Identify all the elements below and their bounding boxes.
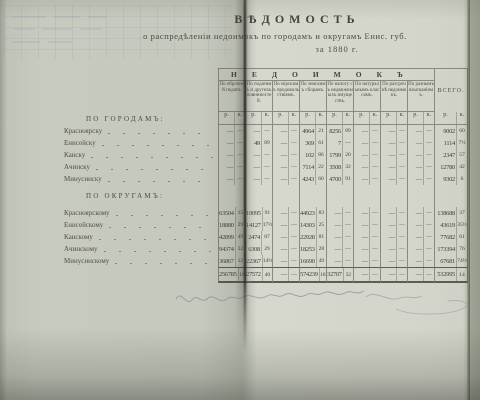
table-cell: ——: [407, 255, 434, 267]
ruble-value: —: [246, 164, 261, 171]
ruble-value: 12780: [435, 164, 456, 171]
table-cell: ——: [353, 161, 380, 173]
kopeck-value: 89: [342, 125, 353, 137]
kopeck-value: 16: [238, 268, 245, 281]
kopeck-value: 40: [262, 268, 272, 281]
units-cell: р.к.: [407, 112, 434, 125]
ruble-value: 18253: [300, 246, 316, 253]
kopeck-value: 49: [316, 255, 326, 267]
ruble-value: —: [354, 210, 369, 217]
ruble-value: —: [381, 164, 396, 171]
ruble-value: —: [273, 234, 288, 241]
ruble-value: 9302: [435, 176, 456, 183]
grand-total-cell: 25678516: [218, 267, 245, 283]
kopeck-value: —: [288, 255, 299, 267]
table-cell: ——: [218, 161, 245, 173]
grand-total-cell: 3270732: [326, 267, 353, 283]
kopeck-value: —: [396, 161, 407, 173]
kopeck-value: —: [396, 268, 407, 281]
total-cell: 6768174½: [434, 255, 468, 267]
kopeck-value: 61: [456, 231, 467, 243]
ruble-value: —: [408, 246, 423, 253]
ruble-value: —: [327, 258, 342, 265]
kopeck-value: 76: [456, 243, 467, 255]
total-cell: 17339476: [434, 243, 468, 255]
ruble-value: —: [381, 246, 396, 253]
table-cell: ——: [407, 219, 434, 231]
ruble-value: —: [246, 152, 261, 159]
table-cell: ——: [245, 125, 272, 137]
ruble-value: —: [408, 234, 423, 241]
kopeck-value: —: [288, 219, 299, 231]
ruble-value: —: [381, 271, 396, 278]
table-cell: ——: [272, 255, 299, 267]
empty-cell: [326, 185, 353, 207]
dot-leader: [99, 239, 213, 240]
kopeck-value: —: [423, 149, 434, 161]
kopeck-value: 18: [319, 268, 326, 281]
ruble-value: —: [327, 222, 342, 229]
table-cell: 1412717½: [245, 219, 272, 231]
empty-cell: [299, 185, 326, 207]
ruble-value: 2347: [435, 152, 456, 159]
kopeck-value: 15: [235, 207, 245, 219]
ruble-value: —: [354, 234, 369, 241]
row-label-text: Ачинскому: [64, 245, 98, 253]
row-label-text: Минусинскому: [64, 257, 109, 265]
kopeck-value: 57: [456, 149, 467, 161]
table-cell: ——: [245, 149, 272, 161]
kopeck-value: —: [369, 137, 380, 149]
kopeck-value: —: [261, 149, 272, 161]
scanned-document-page: ВѢДОМОСТЬ о распредѣленіи недоимокъ по г…: [0, 0, 480, 400]
empty-cell: [353, 185, 380, 207]
ruble-value: 532995: [435, 271, 456, 278]
kopeck-value: —: [369, 125, 380, 137]
kopeck-value: —: [234, 161, 245, 173]
kopeck-value: 29: [261, 243, 272, 255]
table-cell: ——: [326, 219, 353, 231]
kopeck-value: —: [396, 231, 407, 243]
table-cell: ——: [353, 173, 380, 185]
ruble-value: 67681: [435, 258, 456, 265]
kopeck-value: —: [423, 173, 434, 185]
kopeck-value: —: [234, 137, 245, 149]
kopeck-value: —: [288, 161, 299, 173]
kopeck-value: 6: [456, 173, 467, 185]
table-row-label: Минусинску: [60, 173, 218, 185]
kopeck-value: 49: [235, 231, 245, 243]
kopeck-value: —: [342, 231, 353, 243]
kopeck-value: —: [396, 255, 407, 267]
table-cell: 4989: [245, 137, 272, 149]
kopeck-value: —: [261, 125, 272, 137]
table-row-label: Енисейску: [60, 137, 218, 149]
kopeck-value: —: [396, 137, 407, 149]
grand-total-cell: ——: [353, 267, 380, 283]
table-cell: 1430325: [299, 219, 326, 231]
kopeck-value: —: [396, 243, 407, 255]
ruble-unit: р.: [300, 112, 315, 124]
ruble-value: —: [219, 152, 234, 159]
units-cell: р.к.: [299, 112, 326, 125]
table-cell: ——: [326, 243, 353, 255]
kopeck-value: —: [396, 125, 407, 137]
grand-total-cell: ——: [407, 267, 434, 283]
units-cell: р.к.: [380, 112, 407, 125]
table-cell: 2236714½: [245, 255, 272, 267]
kopeck-value: 29: [235, 219, 245, 231]
ruble-unit: р.: [408, 112, 423, 124]
table-cell: 1009591: [245, 207, 272, 219]
kopeck-value: —: [396, 219, 407, 231]
units-cell: р.к.: [218, 112, 245, 125]
table-cell: 825689: [326, 125, 353, 137]
arrears-table: НЕДОИМОКЪВСЕГО.По оброчной подати.По под…: [60, 68, 468, 283]
ruble-value: 1114: [435, 140, 456, 147]
table-cell: 1825328: [299, 243, 326, 255]
kopeck-value: —: [288, 231, 299, 243]
total-cell: 900260: [434, 125, 468, 137]
ruble-value: 102: [300, 152, 315, 159]
table-cell: ——: [407, 125, 434, 137]
title-block: ВѢДОМОСТЬ о распредѣленіи недоимокъ по г…: [130, 12, 420, 54]
ruble-value: —: [219, 164, 234, 171]
column-header: По оброчной подати.: [218, 81, 245, 112]
table-cell: ——: [353, 255, 380, 267]
dot-leader: [102, 145, 213, 146]
row-label-text: Канску: [64, 151, 85, 159]
kopeck-value: —: [288, 125, 299, 137]
ruble-value: 574239: [300, 271, 319, 278]
totals-row-label: [60, 267, 218, 283]
table-cell: ——: [407, 173, 434, 185]
table-cell: ——: [326, 207, 353, 219]
ruble-value: 369: [300, 140, 315, 147]
ruble-value: 14127: [246, 222, 262, 229]
ruble-value: 49: [246, 140, 261, 147]
kopeck-value: 7½: [456, 137, 467, 149]
dot-leader: [115, 263, 213, 264]
column-header: По мірскимъ продовольствіямъ.: [272, 81, 299, 112]
ruble-value: —: [381, 140, 396, 147]
ruble-value: 43619: [435, 222, 456, 229]
dot-leader: [116, 215, 213, 216]
kopeck-value: —: [369, 207, 380, 219]
kopeck-unit: к.: [369, 112, 380, 124]
kopeck-value: 89: [261, 137, 272, 149]
ruble-value: —: [408, 258, 423, 265]
row-label-text: Ачинску: [64, 163, 90, 171]
table-cell: 711422: [299, 161, 326, 173]
total-cell: 1278042: [434, 161, 468, 173]
table-cell: ——: [272, 161, 299, 173]
kopeck-value: 83: [316, 207, 326, 219]
table-row-label: Ачинску: [60, 161, 218, 173]
total-cell: 93026: [434, 173, 468, 185]
column-header: По налогу съ недвижимыхъ имуществъ.: [326, 81, 353, 112]
kopeck-unit: к.: [315, 112, 326, 124]
table-cell: ——: [353, 219, 380, 231]
ruble-value: 27572: [246, 271, 262, 278]
row-label-text: Минусинску: [64, 175, 102, 183]
ruble-value: 10095: [246, 210, 262, 217]
kopeck-value: —: [261, 173, 272, 185]
table-cell: ——: [353, 149, 380, 161]
dot-leader: [109, 227, 213, 228]
kopeck-value: —: [288, 268, 299, 281]
kopeck-value: —: [396, 173, 407, 185]
ruble-value: —: [354, 164, 369, 171]
ruble-value: 22367: [246, 258, 262, 265]
ruble-value: 7: [327, 140, 342, 147]
units-cell: р.к.: [434, 112, 468, 125]
kopeck-value: —: [342, 243, 353, 255]
table-cell: ——: [407, 207, 434, 219]
ruble-value: 6308: [246, 246, 261, 253]
ruble-value: 7114: [300, 164, 315, 171]
table-cell: ——: [272, 243, 299, 255]
ruble-unit: р.: [354, 112, 369, 124]
table-cell: ——: [326, 255, 353, 267]
kopeck-value: —: [369, 255, 380, 267]
ruble-value: —: [273, 246, 288, 253]
ruble-value: —: [273, 271, 288, 278]
table-cell: 496421: [299, 125, 326, 137]
section-heading-cities: ПО ГОРОДАМЪ:: [60, 112, 218, 125]
ruble-value: —: [354, 152, 369, 159]
table-row-label: Красноярску: [60, 125, 218, 137]
table-cell: ——: [380, 149, 407, 161]
ruble-value: —: [354, 176, 369, 183]
table-row-label: Красноярскому: [60, 207, 218, 219]
total-cell: 13868837: [434, 207, 468, 219]
ruble-unit: р.: [435, 112, 456, 124]
empty-cell: [407, 185, 434, 207]
ruble-value: 94374: [219, 246, 235, 253]
kopeck-value: 42: [456, 161, 467, 173]
dot-leader: [108, 133, 213, 134]
table-cell: 350832: [326, 161, 353, 173]
kopeck-value: —: [396, 207, 407, 219]
kopeck-value: 17½: [262, 219, 273, 231]
kopeck-value: 28: [316, 243, 326, 255]
ruble-value: 14303: [300, 222, 316, 229]
kopeck-value: 22: [315, 161, 326, 173]
kopeck-value: 25: [316, 219, 326, 231]
kopeck-value: 91: [342, 173, 353, 185]
kopeck-value: 35½: [456, 219, 467, 231]
kopeck-value: 32: [342, 161, 353, 173]
ruble-value: —: [354, 140, 369, 147]
table-cell: ——: [326, 231, 353, 243]
units-cell: р.к.: [245, 112, 272, 125]
kopeck-value: —: [369, 243, 380, 255]
table-cell: ——: [380, 137, 407, 149]
dot-leader: [108, 181, 213, 182]
table-cell: ——: [407, 137, 434, 149]
ruble-value: —: [219, 176, 234, 183]
grand-total-cell: ——: [272, 267, 299, 283]
kopeck-value: 32: [343, 268, 353, 281]
column-header: По земскимъ сборамъ.: [299, 81, 326, 112]
ruble-value: —: [273, 210, 288, 217]
ruble-value: 4243: [300, 176, 315, 183]
document-subtitle: о распредѣленіи недоимокъ по городамъ и …: [130, 31, 420, 41]
ruble-value: —: [381, 210, 396, 217]
kopeck-unit: к.: [288, 112, 299, 124]
ruble-value: —: [327, 210, 342, 217]
kopeck-value: —: [342, 255, 353, 267]
empty-cell: [380, 185, 407, 207]
ruble-value: —: [408, 140, 423, 147]
table-cell: ——: [218, 149, 245, 161]
ruble-value: 138688: [435, 210, 456, 217]
ruble-value: —: [381, 222, 396, 229]
kopeck-value: —: [261, 161, 272, 173]
table-cell: ——: [353, 231, 380, 243]
table-cell: 179920: [326, 149, 353, 161]
ruble-value: —: [219, 128, 234, 135]
kopeck-value: 14½: [262, 255, 273, 267]
ruble-unit: р.: [381, 112, 396, 124]
table-row-label: Канску: [60, 149, 218, 161]
ruble-value: 32707: [327, 271, 343, 278]
dot-leader: [91, 157, 213, 158]
ruble-value: 3508: [327, 164, 342, 171]
kopeck-value: —: [423, 231, 434, 243]
table-cell: ——: [218, 173, 245, 185]
row-label-text: Енисейскому: [64, 221, 103, 229]
table-cell: 6350415: [218, 207, 245, 219]
table-cell: ——: [353, 137, 380, 149]
table-cell: ——: [353, 243, 380, 255]
table-cell: ——: [272, 173, 299, 185]
table-cell: 247487: [245, 231, 272, 243]
table-cell: ——: [218, 125, 245, 137]
kopeck-value: 14: [456, 268, 467, 281]
kopeck-value: —: [423, 125, 434, 137]
kopeck-value: —: [288, 243, 299, 255]
table-cell: ——: [353, 125, 380, 137]
grand-total-cell: 57423918: [299, 267, 326, 283]
ruble-value: —: [381, 128, 396, 135]
kopeck-unit: к.: [423, 112, 434, 124]
ruble-value: —: [381, 234, 396, 241]
document-title: ВѢДОМОСТЬ: [130, 12, 420, 27]
table-cell: ——: [380, 207, 407, 219]
table-row-label: Канскому: [60, 231, 218, 243]
table-cell: 1669049: [299, 255, 326, 267]
total-cell: 7768261: [434, 231, 468, 243]
kopeck-value: 91: [262, 207, 272, 219]
units-cell: р.к.: [353, 112, 380, 125]
ruble-value: —: [273, 164, 288, 171]
table-cell: ——: [245, 173, 272, 185]
row-label-text: Канскому: [64, 233, 93, 241]
kopeck-value: —: [396, 149, 407, 161]
table-cell: 630829: [245, 243, 272, 255]
kopeck-value: —: [234, 125, 245, 137]
ruble-value: 4964: [300, 128, 315, 135]
kopeck-value: 74½: [456, 255, 467, 267]
kopeck-unit: к.: [234, 112, 245, 124]
table-cell: ——: [380, 255, 407, 267]
kopeck-value: —: [423, 219, 434, 231]
ruble-value: —: [408, 210, 423, 217]
total-cell: 4361935½: [434, 219, 468, 231]
units-cell: р.к.: [326, 112, 353, 125]
total-column-header: ВСЕГО.: [434, 68, 468, 112]
table-cell: 470091: [326, 173, 353, 185]
table-cell: 36961: [299, 137, 326, 149]
kopeck-value: —: [369, 268, 380, 281]
table-cell: ——: [353, 207, 380, 219]
table-cell: 7—: [326, 137, 353, 149]
kopeck-value: —: [234, 149, 245, 161]
ruble-value: —: [273, 222, 288, 229]
empty-cell: [218, 185, 245, 207]
kopeck-value: 81: [316, 231, 326, 243]
table-cell: 4289949: [218, 231, 245, 243]
ruble-value: 9002: [435, 128, 456, 135]
ruble-value: 44923: [300, 210, 316, 217]
kopeck-value: —: [234, 173, 245, 185]
dot-leader: [96, 169, 213, 170]
kopeck-value: —: [423, 161, 434, 173]
ruble-value: 8256: [327, 128, 342, 135]
ruble-value: —: [408, 222, 423, 229]
kopeck-value: 61: [315, 137, 326, 149]
ruble-value: —: [381, 176, 396, 183]
table-cell: ——: [407, 149, 434, 161]
grand-total-cell: 53299514: [434, 267, 468, 283]
row-label-text: Красноярску: [64, 127, 102, 135]
ruble-value: 18880: [219, 222, 235, 229]
table-cell: 3686712: [218, 255, 245, 267]
table-cell: ——: [380, 173, 407, 185]
kopeck-value: 37: [456, 207, 467, 219]
empty-cell: [434, 185, 468, 207]
table-cell: ——: [407, 243, 434, 255]
ruble-value: 63504: [219, 210, 235, 217]
ruble-value: 2474: [246, 234, 261, 241]
table-cell: ——: [380, 231, 407, 243]
label-column-spacer: [60, 68, 218, 81]
ruble-value: —: [408, 271, 423, 278]
table-cell: 1888029: [218, 219, 245, 231]
kopeck-value: —: [369, 231, 380, 243]
kopeck-value: 60: [315, 173, 326, 185]
kopeck-value: 60: [456, 125, 467, 137]
dot-leader: [104, 251, 213, 252]
kopeck-value: —: [423, 137, 434, 149]
kopeck-value: —: [288, 137, 299, 149]
kopeck-value: —: [369, 161, 380, 173]
column-header: По натуральнымъ классамъ.: [353, 81, 380, 112]
ruble-value: —: [327, 234, 342, 241]
ruble-value: —: [246, 176, 261, 183]
column-header: По разсрочкѣ недоимокъ.: [380, 81, 407, 112]
total-cell: 234757: [434, 149, 468, 161]
table-cell: ——: [407, 231, 434, 243]
kopeck-value: —: [288, 207, 299, 219]
table-cell: 2292881: [299, 231, 326, 243]
table-cell: ——: [272, 137, 299, 149]
ruble-value: —: [354, 128, 369, 135]
ruble-value: —: [219, 140, 234, 147]
kopeck-value: —: [369, 219, 380, 231]
